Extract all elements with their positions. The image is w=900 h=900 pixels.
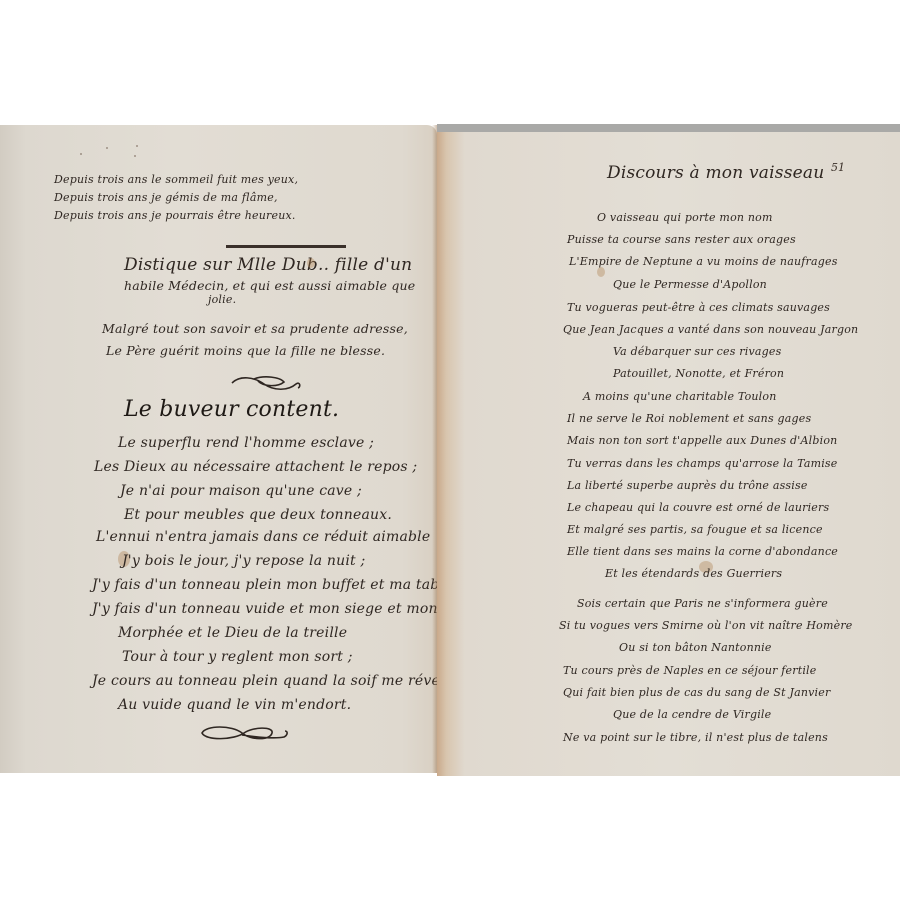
poem-line: Va débarquer sur ces rivages [613,345,781,358]
foxing-spot [134,155,136,157]
distique-line: Le Père guérit moins que la fille ne ble… [106,343,385,358]
poem-line: Que Jean Jacques a vanté dans son nouvea… [563,323,858,336]
poem-line: Au vuide quand le vin m'endort. [118,697,351,713]
poem-line: Ne va point sur le tibre, il n'est plus … [563,731,828,744]
poem-line: Tu verras dans les champs qu'arrose la T… [567,457,838,470]
poem-line: J'y fais d'un tonneau plein mon buffet e… [92,577,437,593]
ornamental-flourish-icon [196,723,292,745]
opening-line: Depuis trois ans je pourrais être heureu… [54,209,296,222]
poem-line: Et malgré ses partis, sa fougue et sa li… [567,523,823,536]
poem-line: L'ennui n'entra jamais dans ce réduit ai… [96,529,430,545]
opening-line: Depuis trois ans le sommeil fuit mes yeu… [54,173,298,186]
poem-line: A moins qu'une charitable Toulon [583,390,777,403]
poem-line: Le superflu rend l'homme esclave ; [118,435,374,451]
poem-line: Tu vogueras peut-être à ces climats sauv… [567,301,830,314]
poem-line: Tu cours près de Naples en ce séjour fer… [563,664,816,677]
opening-line: Depuis trois ans je gémis de ma flâme, [54,191,278,204]
poem-line: Patouillet, Nonotte, et Fréron [613,367,784,380]
poem-line: J'y fais d'un tonneau vuide et mon siege… [92,601,437,617]
poem-line: Si tu vogues vers Smirne où l'on vit naî… [559,619,853,632]
poem-line: Puisse ta course sans rester aux orages [567,233,796,246]
poem-line: Mais non ton sort t'appelle aux Dunes d'… [567,434,837,447]
poem-line: Les Dieux au nécessaire attachent le rep… [94,459,417,475]
ink-stain [597,267,605,277]
distique-heading: Distique sur Mlle Dub.. fille d'un [124,255,412,275]
foxing-spot [80,153,82,155]
poem-line: Elle tient dans ses mains la corne d'abo… [567,545,838,558]
poem-line: J'y bois le jour, j'y repose la nuit ; [122,553,365,569]
poem-title: Discours à mon vaisseau [607,163,824,183]
poem-line: Que le Permesse d'Apollon [613,278,767,291]
distique-heading: habile Médecin, et qui est aussi aimable… [124,278,415,293]
poem-line: Il ne serve le Roi noblement et sans gag… [567,412,811,425]
poem-line: O vaisseau qui porte mon nom [597,211,773,224]
distique-heading: jolie. [208,293,236,306]
poem-line: Le chapeau qui la couvre est orné de lau… [567,501,829,514]
poem-line: Sois certain que Paris ne s'informera gu… [577,597,828,610]
poem-line: L'Empire de Neptune a vu moins de naufra… [569,255,838,268]
poem-line: Je n'ai pour maison qu'une cave ; [120,483,362,499]
page-edge-shadow [437,124,900,132]
poem-line: Et pour meubles que deux tonneaux. [124,507,392,523]
poem-line: Morphée et le Dieu de la treille [118,625,347,641]
foxing-spot [106,147,108,149]
poem-line: Et les étendards des Guerriers [605,567,782,580]
poem-line: Que de la cendre de Virgile [613,708,771,721]
poem-line: Ou si ton bâton Nantonnie [619,641,772,654]
poem-line: Tour à tour y reglent mon sort ; [122,649,353,665]
poem-line: La liberté superbe auprès du trône assis… [567,479,808,492]
poem-line: Qui fait bien plus de cas du sang de St … [563,686,830,699]
distique-line: Malgré tout son savoir et sa prudente ad… [102,321,408,336]
poem-line: Je cours au tonneau plein quand la soif … [92,673,437,689]
ornamental-flourish-icon [228,373,304,395]
right-page: 51 Discours à mon vaisseau O vaisseau qu… [437,128,900,776]
ink-stain [307,258,315,268]
poem-title: Le buveur content. [124,397,339,422]
left-page: Depuis trois ans le sommeil fuit mes yeu… [0,125,437,773]
page-number: 51 [831,161,845,174]
foxing-spot [136,145,138,147]
section-divider-rule [226,245,346,248]
open-manuscript-book: Depuis trois ans le sommeil fuit mes yeu… [0,0,900,900]
